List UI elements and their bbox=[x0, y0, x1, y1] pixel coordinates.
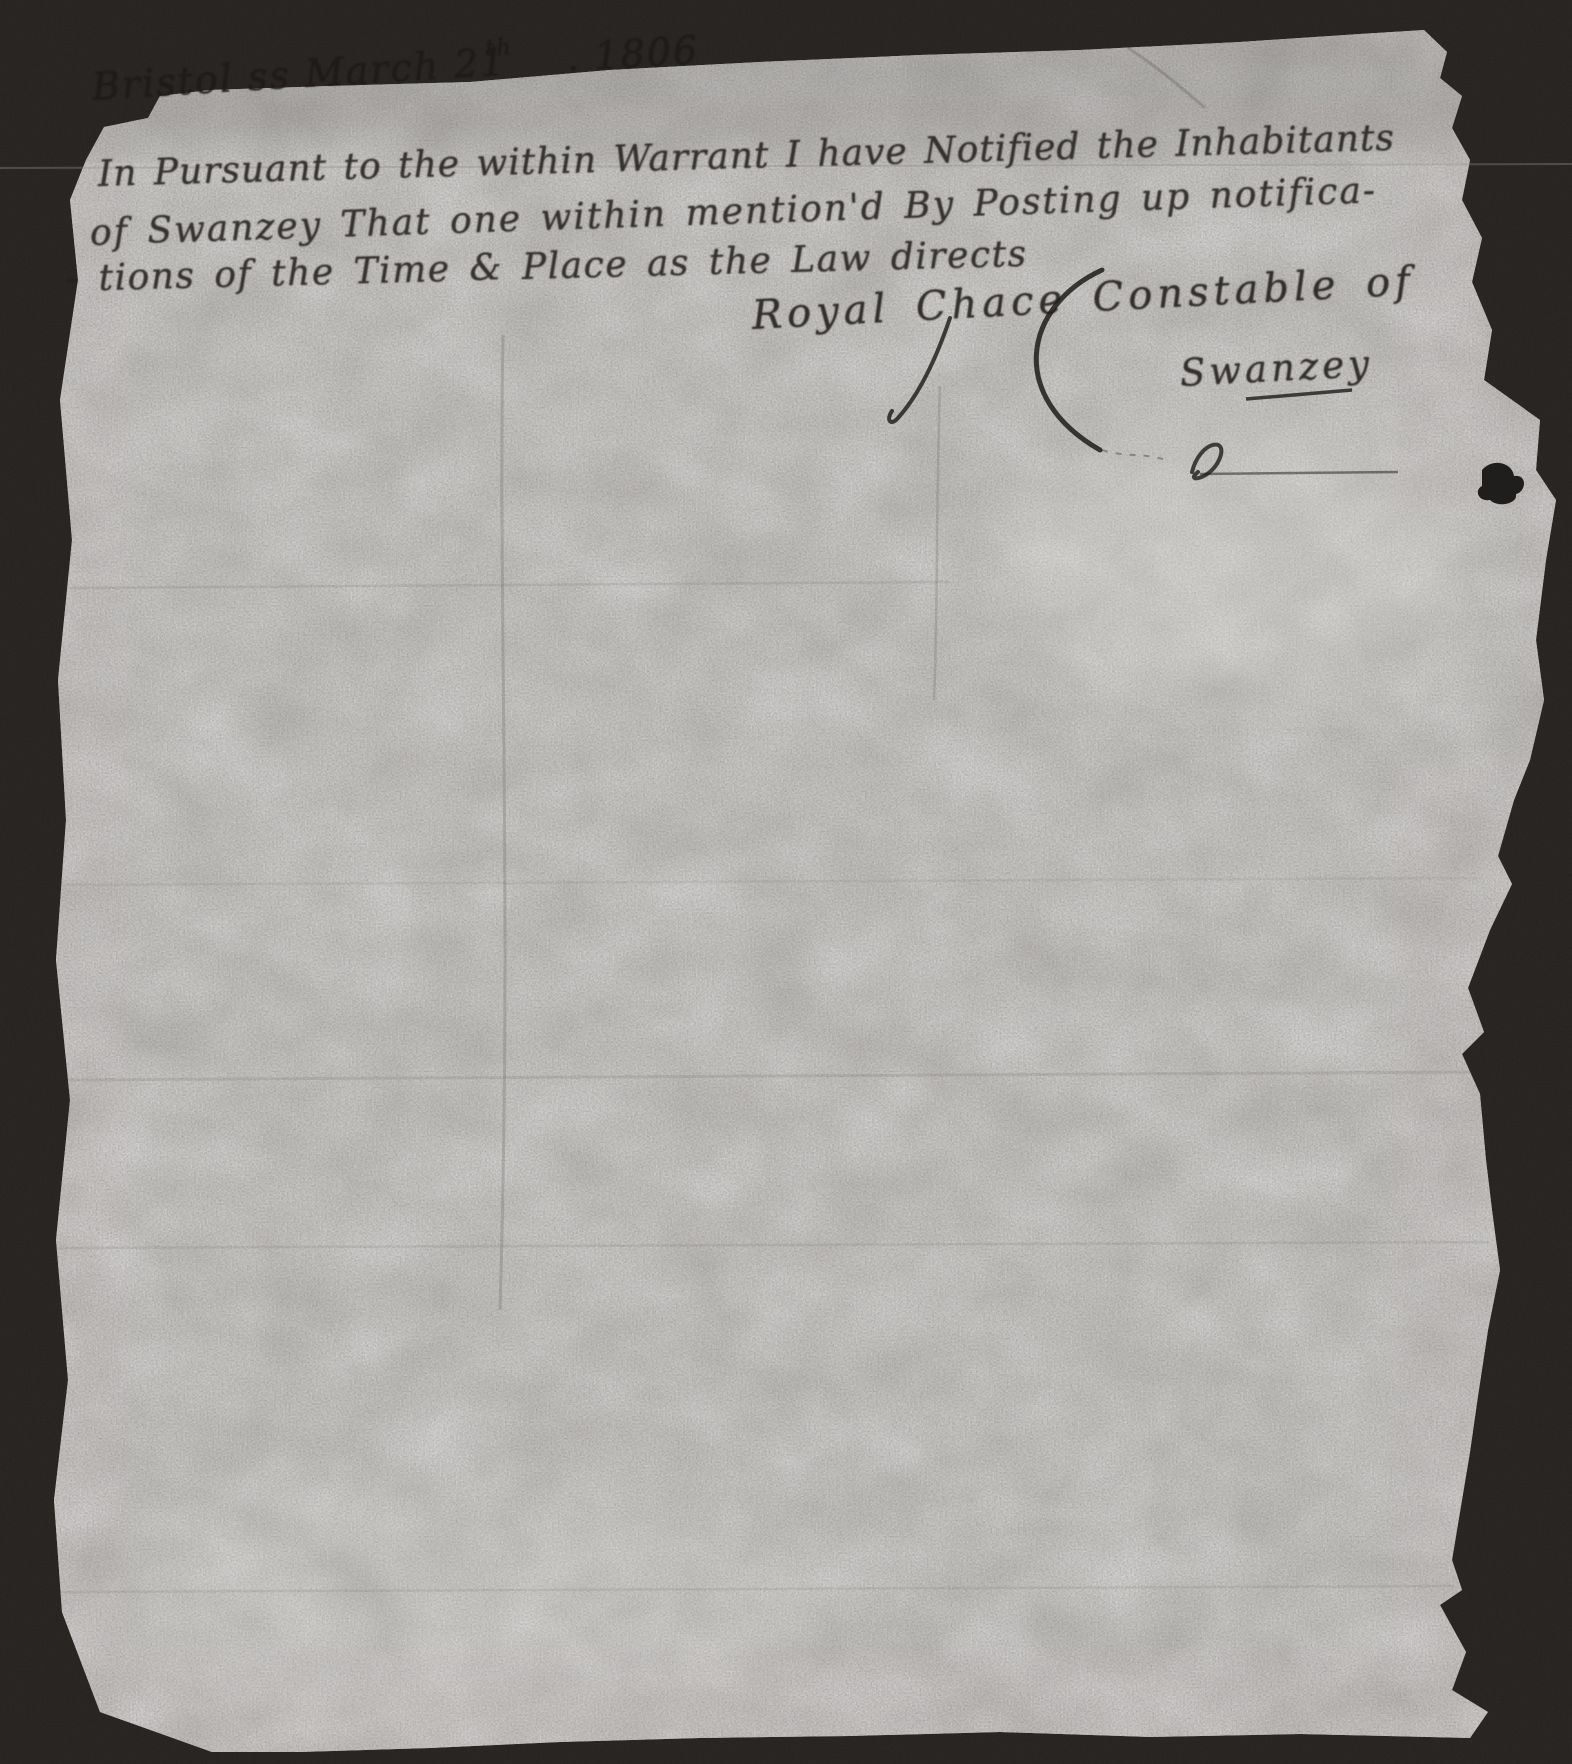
signature-place: Swanzey bbox=[1179, 345, 1374, 392]
dateline-year: . 1806 bbox=[565, 28, 700, 80]
paper-highlight-bottom bbox=[100, 1490, 820, 1750]
dateline-ordinal: th bbox=[485, 39, 492, 61]
paper-highlight-right bbox=[1010, 420, 1470, 700]
smudge-left-edge bbox=[1246, 886, 1270, 910]
smudge-mid bbox=[1122, 785, 1142, 805]
scanned-manuscript-page: Bristol ss March 21 th . 1806 In Pursuan… bbox=[0, 0, 1572, 1764]
